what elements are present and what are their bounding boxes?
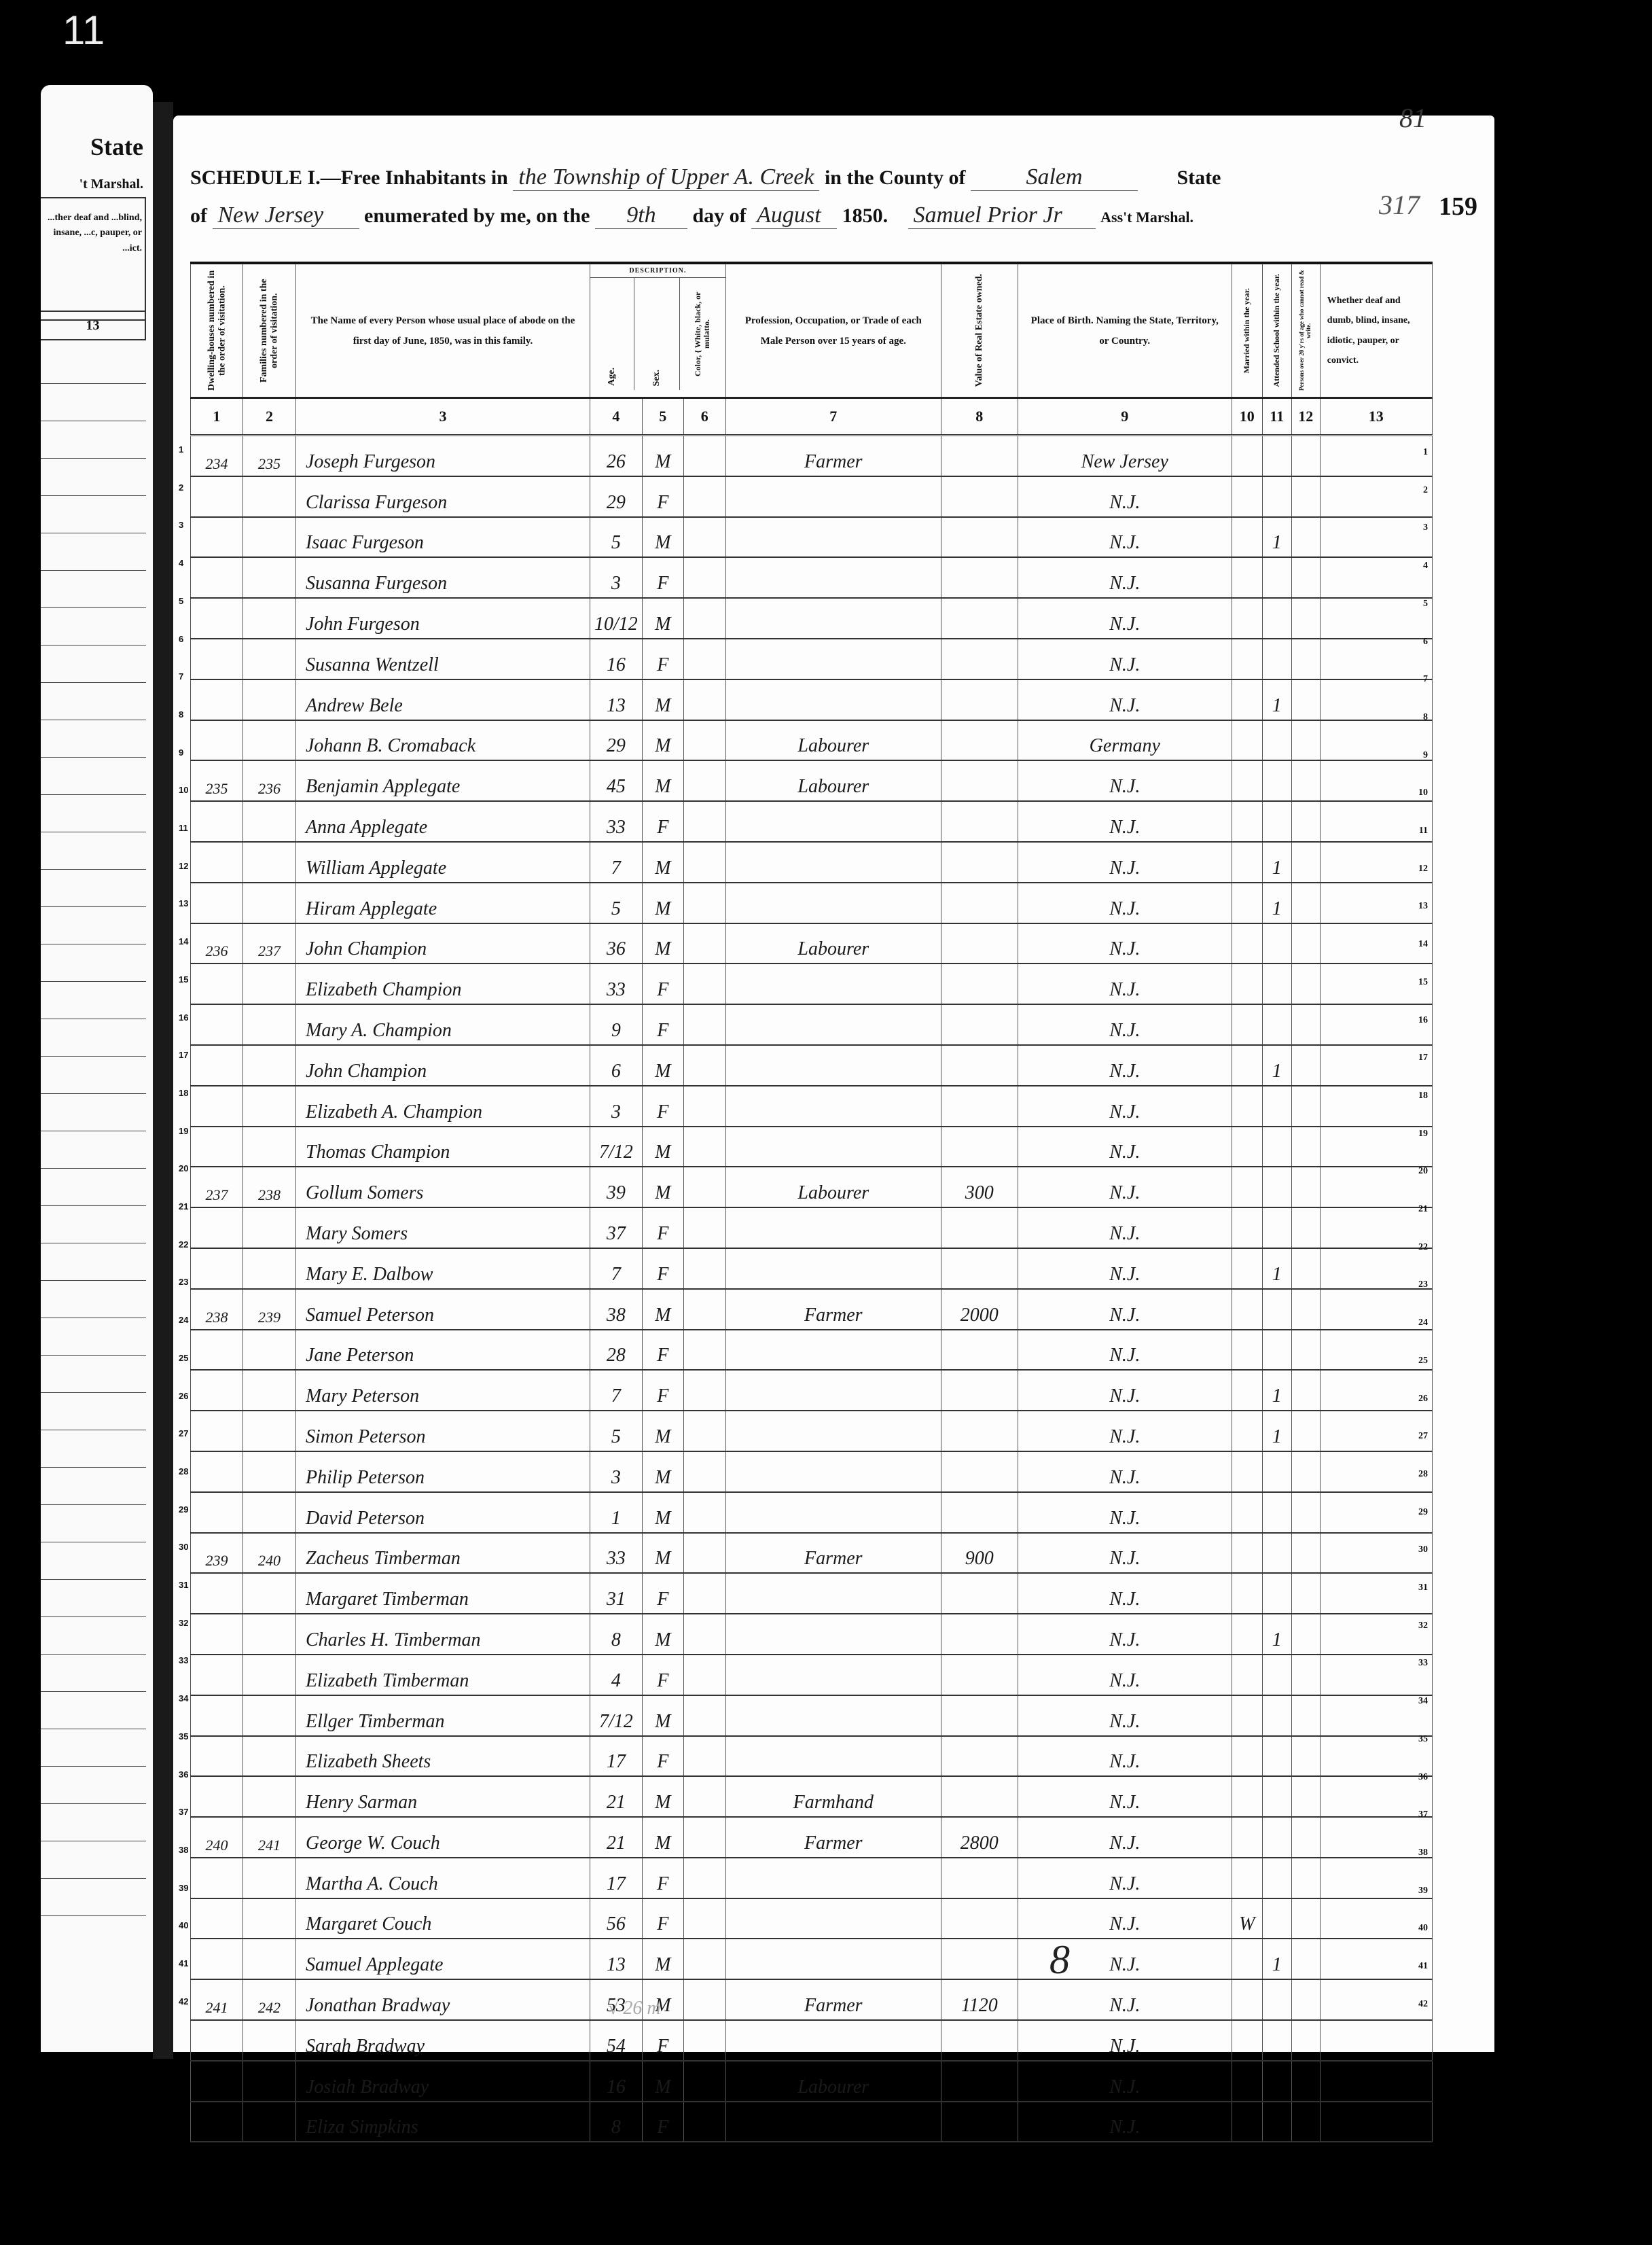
age: 54: [590, 2020, 643, 2061]
real-estate-value: [941, 1573, 1018, 1614]
occupation: [725, 1695, 941, 1736]
line-number-right: 37: [1418, 1809, 1428, 1820]
line-number-right: 5: [1423, 599, 1428, 609]
real-estate-value: [941, 1736, 1018, 1777]
real-estate-value: [941, 1451, 1018, 1492]
occupation: [725, 964, 941, 1004]
color: [683, 1979, 725, 2020]
cannot-read-write: [1291, 517, 1320, 558]
line-number-right: 8: [1423, 712, 1428, 723]
occupation: [725, 883, 941, 923]
line-number-right: 25: [1418, 1356, 1428, 1366]
color: [683, 1817, 725, 1858]
line-number-left: 39: [179, 1883, 188, 1893]
cannot-read-write: [1291, 1655, 1320, 1695]
left-ruled-line: [41, 720, 146, 758]
dwelling-number: [191, 1045, 243, 1086]
condition: [1320, 1858, 1432, 1898]
cannot-read-write: [1291, 557, 1320, 598]
age: 26: [590, 436, 643, 476]
line-number-left: 21: [179, 1201, 188, 1212]
birthplace: N.J.: [1018, 1776, 1232, 1817]
dwelling-number: [191, 598, 243, 639]
col-number: 5: [642, 398, 683, 436]
cannot-read-write: [1291, 1330, 1320, 1371]
dwelling-number: [191, 1127, 243, 1167]
schedule-prefix: SCHEDULE I.—Free Inhabitants in: [190, 166, 508, 189]
left-marshal-label: 't Marshal.: [79, 177, 143, 192]
line-number-right: 42: [1418, 1999, 1428, 2010]
cannot-read-write: [1291, 1695, 1320, 1736]
color: [683, 639, 725, 679]
family-number: [243, 842, 296, 883]
color: [683, 2102, 725, 2142]
left-ruled-line: [41, 1468, 146, 1505]
occupation: Labourer: [725, 760, 941, 801]
table-row: Isaac Furgeson5MN.J.1: [191, 517, 1433, 558]
person-name: Martha A. Couch: [296, 1858, 590, 1898]
family-number: 238: [243, 1167, 296, 1207]
occupation: Labourer: [725, 923, 941, 964]
family-number: [243, 598, 296, 639]
dwelling-number: [191, 801, 243, 842]
dwelling-number: [191, 2102, 243, 2142]
birthplace: N.J.: [1018, 923, 1232, 964]
cannot-read-write: [1291, 964, 1320, 1004]
attended-school: [1262, 1330, 1291, 1371]
pencil-note: √ 26 m: [608, 1998, 661, 2019]
dwelling-number: [191, 2020, 243, 2061]
enumerated-label: enumerated by me, on the: [364, 205, 590, 227]
real-estate-value: [941, 1370, 1018, 1411]
line-number-right: 39: [1418, 1886, 1428, 1896]
occupation: [725, 2102, 941, 2142]
sex: M: [642, 1939, 683, 1979]
sex: F: [642, 801, 683, 842]
color: [683, 842, 725, 883]
line-number-right: 29: [1418, 1507, 1428, 1518]
line-number-left: 16: [179, 1012, 188, 1023]
book-spine: [153, 102, 173, 2059]
sex: M: [642, 1817, 683, 1858]
real-estate-value: [941, 557, 1018, 598]
table-row: Mary Somers37FN.J.: [191, 1207, 1433, 1248]
real-estate-value: [941, 760, 1018, 801]
birthplace: N.J.: [1018, 801, 1232, 842]
real-estate-value: 1120: [941, 1979, 1018, 2020]
married-within-year: [1232, 1858, 1262, 1898]
sex: F: [642, 1858, 683, 1898]
color: [683, 436, 725, 476]
real-estate-value: [941, 883, 1018, 923]
line-number-right: 20: [1418, 1166, 1428, 1177]
line-number-right: 13: [1418, 901, 1428, 912]
col-number: 8: [941, 398, 1018, 436]
cannot-read-write: [1291, 1573, 1320, 1614]
cannot-read-write: [1291, 801, 1320, 842]
real-estate-value: [941, 679, 1018, 720]
married-within-year: [1232, 1127, 1262, 1167]
condition: [1320, 2020, 1432, 2061]
left-ruled-line: [41, 347, 146, 384]
person-name: John Champion: [296, 1045, 590, 1086]
condition: [1320, 1898, 1432, 1939]
birthplace: N.J.: [1018, 1004, 1232, 1045]
left-ruled-line: [41, 1393, 146, 1430]
color: [683, 1614, 725, 1655]
condition: [1320, 598, 1432, 639]
table-row: 237238Gollum Somers39MLabourer300N.J.: [191, 1167, 1433, 1207]
color: [683, 720, 725, 761]
line-number-left: 15: [179, 974, 188, 985]
condition: [1320, 1492, 1432, 1533]
married-within-year: [1232, 1492, 1262, 1533]
married-within-year: [1232, 1248, 1262, 1289]
county-field: Salem: [971, 164, 1138, 191]
age: 29: [590, 476, 643, 517]
color: [683, 1289, 725, 1330]
family-number: [243, 720, 296, 761]
col-occupation-header: Profession, Occupation, or Trade of each…: [725, 263, 941, 398]
person-name: Henry Sarman: [296, 1776, 590, 1817]
age: 5: [590, 517, 643, 558]
attended-school: [1262, 1898, 1291, 1939]
family-number: [243, 1939, 296, 1979]
color: [683, 964, 725, 1004]
age: 8: [590, 2102, 643, 2142]
dwelling-number: [191, 679, 243, 720]
condition: [1320, 1086, 1432, 1127]
attended-school: [1262, 1492, 1291, 1533]
married-within-year: [1232, 1736, 1262, 1777]
line-number-right: 26: [1418, 1394, 1428, 1404]
table-row: 235236Benjamin Applegate45MLabourerN.J.: [191, 760, 1433, 801]
person-name: Thomas Champion: [296, 1127, 590, 1167]
table-row: Sarah Bradway54FN.J.: [191, 2020, 1433, 2061]
family-number: [243, 1330, 296, 1371]
attended-school: [1262, 1289, 1291, 1330]
dwelling-number: [191, 1573, 243, 1614]
family-number: [243, 2102, 296, 2142]
dwelling-number: [191, 1898, 243, 1939]
condition: [1320, 1655, 1432, 1695]
description-group-header: DESCRIPTION. Age. Sex. Color, { White, b…: [590, 263, 726, 398]
dwelling-number: [191, 1858, 243, 1898]
occupation: Farmer: [725, 1817, 941, 1858]
line-number-left: 5: [179, 596, 183, 606]
real-estate-value: 900: [941, 1533, 1018, 1574]
table-row: Henry Sarman21MFarmhandN.J.: [191, 1776, 1433, 1817]
line-number-left: 12: [179, 861, 188, 871]
cannot-read-write: [1291, 1004, 1320, 1045]
sex: M: [642, 1127, 683, 1167]
age: 7/12: [590, 1127, 643, 1167]
dwelling-number: [191, 517, 243, 558]
dwelling-number: [191, 2061, 243, 2102]
family-number: [243, 1898, 296, 1939]
line-number-right: 9: [1423, 750, 1428, 761]
line-number-left: 2: [179, 482, 183, 493]
corner-mark: 81: [1399, 102, 1426, 134]
table-row: Margaret Timberman31FN.J.: [191, 1573, 1433, 1614]
attended-school: [1262, 720, 1291, 761]
age: 33: [590, 801, 643, 842]
condition: [1320, 1736, 1432, 1777]
married-within-year: [1232, 1817, 1262, 1858]
condition: [1320, 2061, 1432, 2102]
color: [683, 801, 725, 842]
cannot-read-write: [1291, 923, 1320, 964]
birthplace: N.J.: [1018, 1655, 1232, 1695]
occupation: [725, 1655, 941, 1695]
sex: M: [642, 2061, 683, 2102]
dwelling-number: [191, 964, 243, 1004]
person-name: John Furgeson: [296, 598, 590, 639]
attended-school: [1262, 557, 1291, 598]
family-number: [243, 1858, 296, 1898]
left-ruled-line: [41, 832, 146, 870]
cannot-read-write: [1291, 436, 1320, 476]
line-number-left: 17: [179, 1050, 188, 1060]
condition: [1320, 679, 1432, 720]
line-number-left: 11: [179, 823, 188, 833]
person-name: Jane Peterson: [296, 1330, 590, 1371]
age: 3: [590, 557, 643, 598]
condition: [1320, 923, 1432, 964]
condition: [1320, 1248, 1432, 1289]
color: [683, 1776, 725, 1817]
age: 5: [590, 1411, 643, 1451]
condition: [1320, 1695, 1432, 1736]
family-number: 236: [243, 760, 296, 801]
person-name: Eliza Simpkins: [296, 2102, 590, 2142]
person-name: Elizabeth Sheets: [296, 1736, 590, 1777]
left-ruled-line: [41, 1729, 146, 1767]
sex: F: [642, 1655, 683, 1695]
table-row: 236237John Champion36MLabourerN.J.: [191, 923, 1433, 964]
occupation: [725, 1898, 941, 1939]
township-field: the Township of Upper A. Creek: [513, 164, 819, 191]
film-frame-mark: 11: [62, 7, 105, 54]
person-name: Margaret Timberman: [296, 1573, 590, 1614]
family-number: [243, 639, 296, 679]
line-number-right: 18: [1418, 1091, 1428, 1101]
married-within-year: [1232, 1330, 1262, 1371]
col-number: 6: [683, 398, 725, 436]
birthplace: N.J.: [1018, 2020, 1232, 2061]
column-header-row: Dwelling-houses numbered in the order of…: [191, 263, 1433, 398]
family-number: [243, 1776, 296, 1817]
cannot-read-write: [1291, 1776, 1320, 1817]
sex: F: [642, 964, 683, 1004]
left-ruled-line: [41, 944, 146, 982]
person-name: Elizabeth Timberman: [296, 1655, 590, 1695]
col-married-header: Married within the year.: [1232, 263, 1262, 398]
married-within-year: [1232, 557, 1262, 598]
line-number-right: 1: [1423, 447, 1428, 458]
col-number: 9: [1018, 398, 1232, 436]
age: 8: [590, 1614, 643, 1655]
color: [683, 1330, 725, 1371]
line-number-right: 17: [1418, 1053, 1428, 1063]
table-row: Margaret Couch56FN.J.W: [191, 1898, 1433, 1939]
tally-mark: 8: [1049, 1937, 1070, 1983]
table-row: Charles H. Timberman8MN.J.1: [191, 1614, 1433, 1655]
col-age-header: Age.: [590, 278, 634, 390]
cannot-read-write: [1291, 842, 1320, 883]
occupation: [725, 679, 941, 720]
attended-school: [1262, 1776, 1291, 1817]
left-ruled-line: [41, 982, 146, 1019]
cannot-read-write: [1291, 1248, 1320, 1289]
age: 1: [590, 1492, 643, 1533]
cannot-read-write: [1291, 1533, 1320, 1574]
married-within-year: [1232, 1370, 1262, 1411]
married-within-year: [1232, 1411, 1262, 1451]
sex: M: [642, 923, 683, 964]
age: 21: [590, 1817, 643, 1858]
attended-school: [1262, 1086, 1291, 1127]
cannot-read-write: [1291, 1289, 1320, 1330]
day-field: 9th: [595, 202, 687, 229]
condition: [1320, 476, 1432, 517]
occupation: Farmer: [725, 436, 941, 476]
table-row: Elizabeth A. Champion3FN.J.: [191, 1086, 1433, 1127]
married-within-year: [1232, 1614, 1262, 1655]
sex: M: [642, 1776, 683, 1817]
color: [683, 476, 725, 517]
color: [683, 1939, 725, 1979]
age: 56: [590, 1898, 643, 1939]
family-number: [243, 1655, 296, 1695]
birthplace: N.J.: [1018, 1614, 1232, 1655]
attended-school: 1: [1262, 842, 1291, 883]
person-name: Mary Peterson: [296, 1370, 590, 1411]
occupation: [725, 1492, 941, 1533]
line-number-left: 4: [179, 558, 183, 568]
real-estate-value: [941, 842, 1018, 883]
col-name-header: The Name of every Person whose usual pla…: [296, 263, 590, 398]
age: 5: [590, 883, 643, 923]
birthplace: N.J.: [1018, 883, 1232, 923]
family-number: [243, 883, 296, 923]
married-within-year: [1232, 923, 1262, 964]
left-ruled-line: [41, 683, 146, 720]
person-name: Josiah Bradway: [296, 2061, 590, 2102]
sex: F: [642, 1573, 683, 1614]
condition: [1320, 557, 1432, 598]
real-estate-value: [941, 1776, 1018, 1817]
sex: M: [642, 760, 683, 801]
attended-school: [1262, 1858, 1291, 1898]
married-within-year: [1232, 639, 1262, 679]
color: [683, 1127, 725, 1167]
color: [683, 2020, 725, 2061]
table-row: Philip Peterson3MN.J.: [191, 1451, 1433, 1492]
sex: M: [642, 598, 683, 639]
age: 16: [590, 639, 643, 679]
color: [683, 1736, 725, 1777]
col-real-estate-header: Value of Real Estate owned.: [941, 263, 1018, 398]
occupation: [725, 1573, 941, 1614]
person-name: Susanna Furgeson: [296, 557, 590, 598]
col-number: 13: [1320, 398, 1432, 436]
occupation: [725, 1858, 941, 1898]
color: [683, 1207, 725, 1248]
color: [683, 1492, 725, 1533]
table-row: Martha A. Couch17FN.J.: [191, 1858, 1433, 1898]
left-ruled-line: [41, 1281, 146, 1318]
table-row: Samuel Applegate13MN.J.1: [191, 1939, 1433, 1979]
married-within-year: [1232, 1533, 1262, 1574]
line-number-left: 3: [179, 520, 183, 530]
birthplace: N.J.: [1018, 1858, 1232, 1898]
line-number-right: 24: [1418, 1318, 1428, 1328]
col-number: 4: [590, 398, 643, 436]
attended-school: [1262, 964, 1291, 1004]
birthplace: N.J.: [1018, 1207, 1232, 1248]
occupation: Labourer: [725, 2061, 941, 2102]
age: 7: [590, 842, 643, 883]
table-row: 238239Samuel Peterson38MFarmer2000N.J.: [191, 1289, 1433, 1330]
line-number-right: 32: [1418, 1621, 1428, 1631]
married-within-year: [1232, 1289, 1262, 1330]
condition: [1320, 1167, 1432, 1207]
real-estate-value: [941, 1248, 1018, 1289]
table-row: William Applegate7MN.J.1: [191, 842, 1433, 883]
age: 28: [590, 1330, 643, 1371]
color: [683, 1370, 725, 1411]
person-name: Elizabeth A. Champion: [296, 1086, 590, 1127]
real-estate-value: [941, 2102, 1018, 2142]
dwelling-number: 241: [191, 1979, 243, 2020]
table-row: Susanna Wentzell16FN.J.: [191, 639, 1433, 679]
cannot-read-write: [1291, 1898, 1320, 1939]
table-row: Jane Peterson28FN.J.: [191, 1330, 1433, 1371]
real-estate-value: [941, 1858, 1018, 1898]
sex: F: [642, 1330, 683, 1371]
col-school-header: Attended School within the year.: [1262, 263, 1291, 398]
condition: [1320, 1411, 1432, 1451]
cannot-read-write: [1291, 1086, 1320, 1127]
age: 17: [590, 1736, 643, 1777]
person-name: Johann B. Cromaback: [296, 720, 590, 761]
county-label: in the County of: [825, 166, 966, 189]
line-number-left: 20: [179, 1163, 188, 1173]
table-row: 239240Zacheus Timberman33MFarmer900N.J.: [191, 1533, 1433, 1574]
birthplace: N.J.: [1018, 1127, 1232, 1167]
attended-school: 1: [1262, 1939, 1291, 1979]
occupation: [725, 1736, 941, 1777]
line-number-right: 6: [1423, 637, 1428, 648]
age: 39: [590, 1167, 643, 1207]
dwelling-number: [191, 1776, 243, 1817]
col-family-header: Families numbered in the order of visita…: [243, 263, 296, 398]
attended-school: [1262, 2020, 1291, 2061]
color: [683, 679, 725, 720]
age: 16: [590, 2061, 643, 2102]
col-dwelling-header: Dwelling-houses numbered in the order of…: [191, 263, 243, 398]
color: [683, 2061, 725, 2102]
occupation: Labourer: [725, 720, 941, 761]
birthplace: N.J.: [1018, 1736, 1232, 1777]
sex: F: [642, 1736, 683, 1777]
col-condition-header: Whether deaf and dumb, blind, insane, id…: [1320, 263, 1432, 398]
col-color-header: Color, { White, black, or mulatto.: [680, 278, 725, 390]
cannot-read-write: [1291, 1411, 1320, 1451]
person-name: Mary A. Champion: [296, 1004, 590, 1045]
line-number-right: 11: [1419, 826, 1428, 836]
